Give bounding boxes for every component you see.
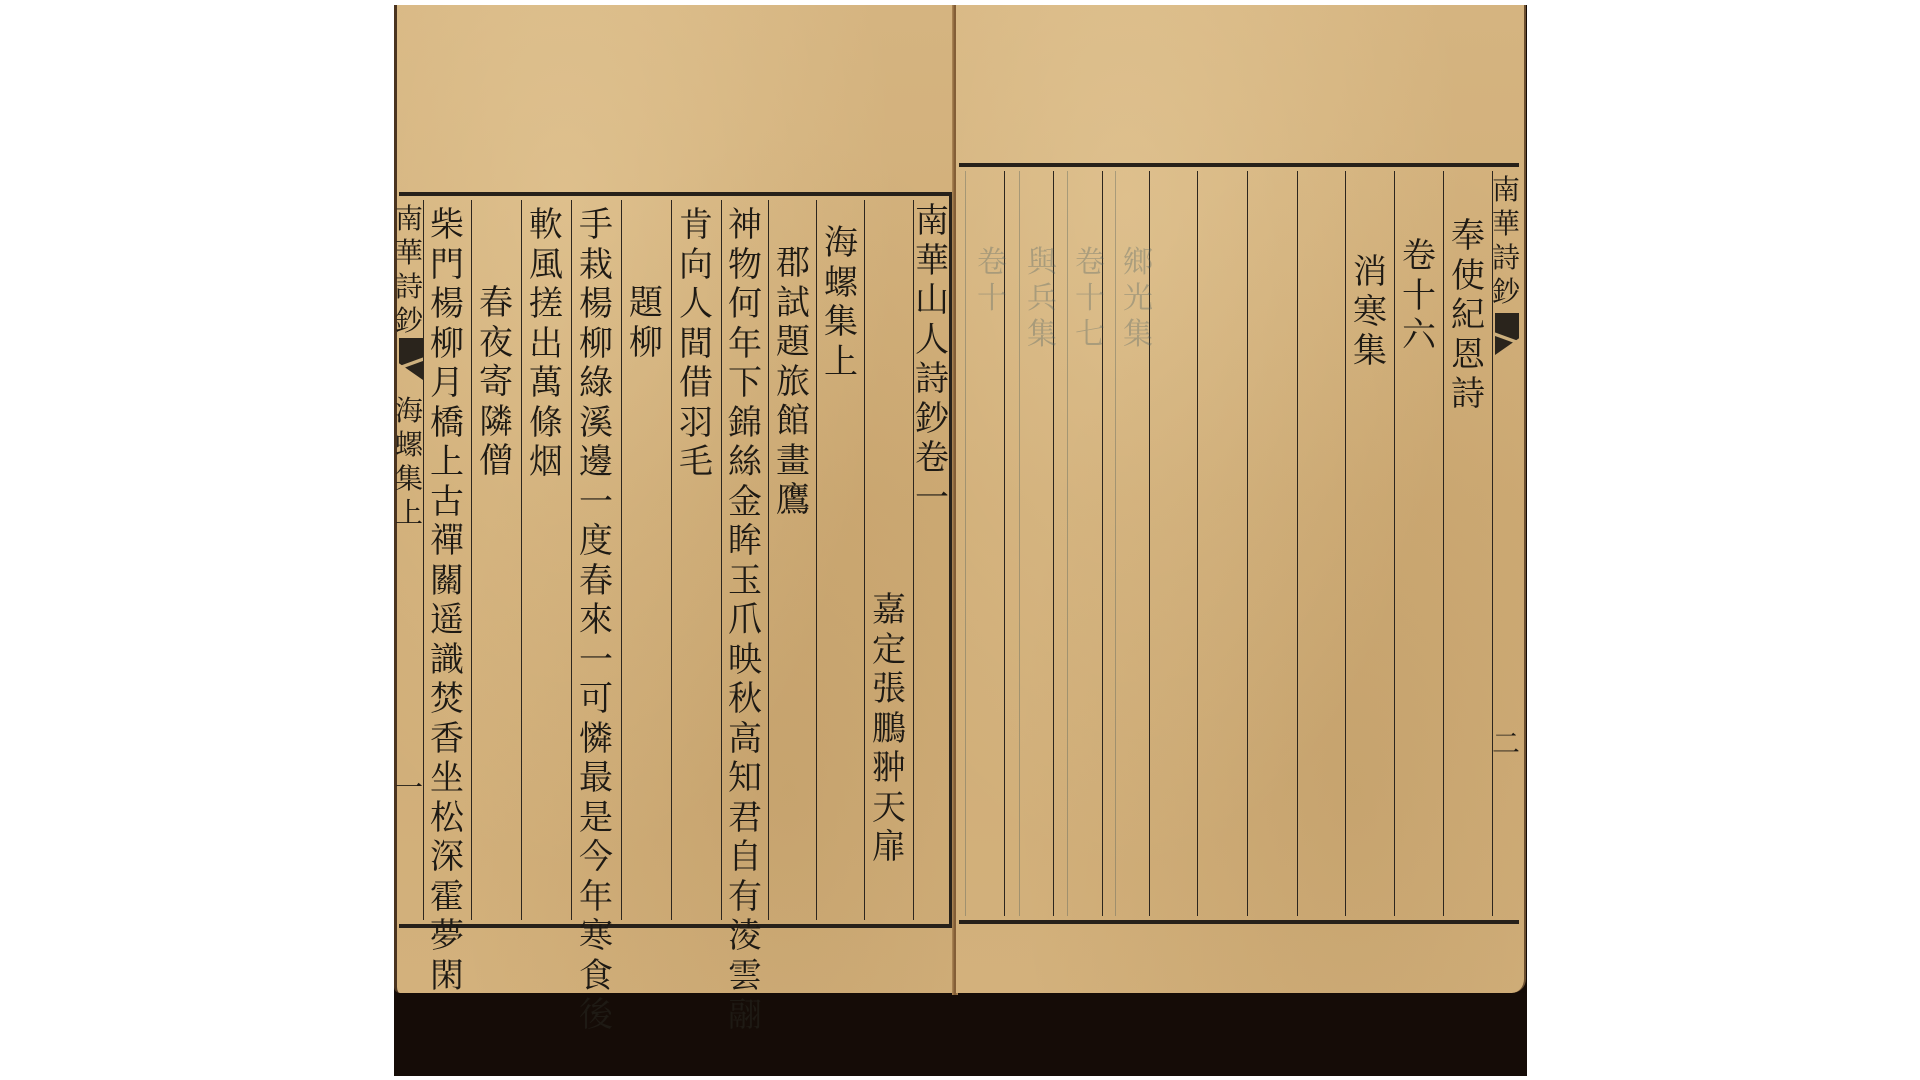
column-rule	[768, 200, 769, 920]
column-rule	[913, 200, 914, 920]
bleed-through-text: 鄉光集	[1115, 245, 1161, 353]
margin-book-title: 南 華 詩 鈔	[396, 202, 422, 338]
toc-entry: 奉使紀恩詩	[1445, 217, 1491, 415]
fishtail-mark	[399, 338, 423, 380]
margin-section: 海 螺 集 上	[396, 394, 422, 530]
column-rule	[1394, 171, 1395, 916]
right-page: 卷十 與兵集 卷十七 鄉光集 消寒集 卷十六 奉使紀恩詩	[956, 5, 1526, 993]
column-rule	[621, 200, 622, 920]
column-rule	[1297, 171, 1298, 916]
column-rule	[864, 200, 865, 920]
text-column: 手栽楊柳綠溪邊一度春來一可憐最是今年寒食後	[573, 206, 619, 1036]
bleed-through-text: 與兵集	[1019, 245, 1065, 353]
margin-page-number: 一	[396, 771, 422, 805]
column-rule	[1345, 171, 1346, 916]
margin-book-title: 南華詩鈔	[1493, 173, 1519, 309]
column-rule	[471, 200, 472, 920]
author-line: 嘉定張鵬翀天扉	[866, 591, 912, 868]
fishtail-mark	[1495, 313, 1519, 355]
poem-title: 郡試題旅館畫鷹	[770, 244, 816, 521]
toc-entry: 消寒集	[1347, 253, 1393, 372]
dark-underlay	[394, 993, 1527, 1076]
book-title: 南華山人詩鈔卷一	[915, 202, 949, 518]
poem-title: 春夜寄隣僧	[473, 284, 519, 482]
column-rule	[571, 200, 572, 920]
right-page-frame: 卷十 與兵集 卷十七 鄉光集 消寒集 卷十六 奉使紀恩詩	[959, 163, 1519, 924]
left-page-frame: 南 華 詩 鈔 海 螺 集 上 一 柴門楊柳月橋上古禪關遥識焚香坐松深霍夢閑 春…	[399, 192, 953, 928]
column-rule	[1247, 171, 1248, 916]
bleed-through-text: 卷十	[969, 245, 1015, 317]
toc-entry: 卷十六	[1396, 237, 1442, 356]
margin-page-number: 二	[1493, 727, 1519, 761]
open-book: 南 華 詩 鈔 海 螺 集 上 一 柴門楊柳月橋上古禪關遥識焚香坐松深霍夢閑 春…	[394, 5, 1527, 1076]
text-column: 肯向人間借羽毛	[673, 206, 719, 483]
text-column: 柴門楊柳月橋上古禪關遥識焚香坐松深霍夢閑	[424, 206, 470, 996]
column-rule	[965, 171, 966, 916]
text-column: 軟風搓出萬條烟	[523, 206, 569, 483]
left-page: 南 華 詩 鈔 海 螺 集 上 一 柴門楊柳月橋上古禪關遥識焚香坐松深霍夢閑 春…	[394, 5, 956, 993]
column-rule	[521, 200, 522, 920]
text-column: 神物何年下錦絲金眸玉爪映秋高知君自有淩雲翮	[722, 206, 768, 1036]
bleed-through-text: 卷十七	[1067, 245, 1113, 353]
column-rule	[816, 200, 817, 920]
column-rule	[1197, 171, 1198, 916]
collection-heading: 海螺集上	[818, 224, 864, 382]
column-rule	[671, 200, 672, 920]
poem-title: 題柳	[623, 284, 669, 363]
column-rule	[1443, 171, 1444, 916]
